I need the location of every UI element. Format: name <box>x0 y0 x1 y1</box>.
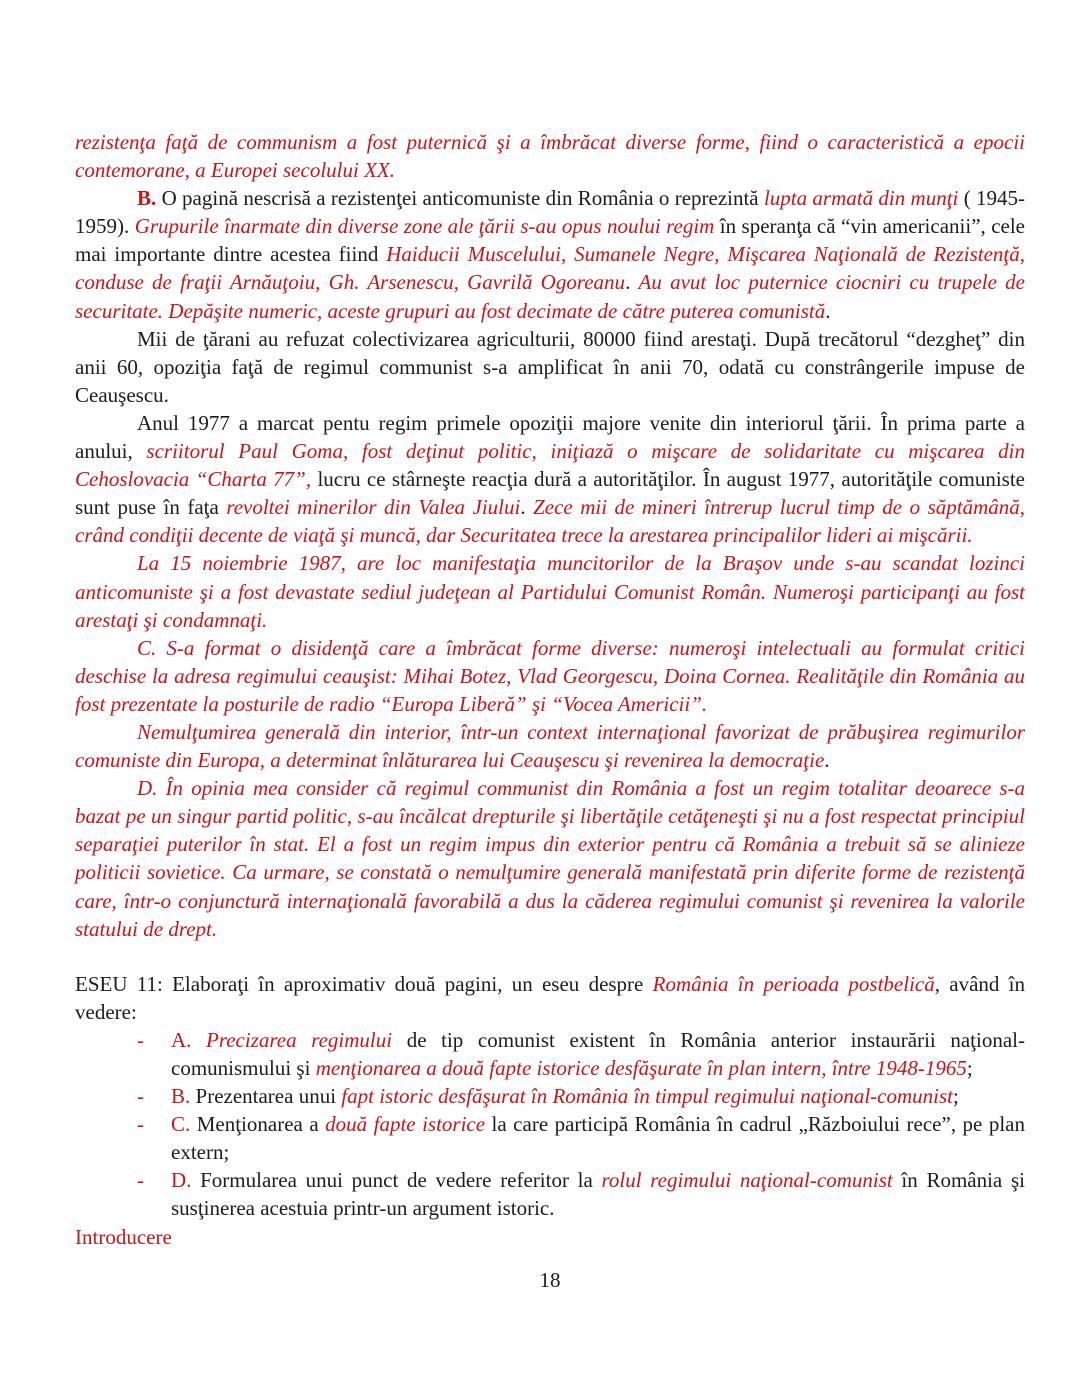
text-run: menţionarea a două fapte istorice desfăş… <box>316 1056 967 1080</box>
text-run: La 15 noiembrie 1987, are loc manifestaţ… <box>75 551 1025 631</box>
text-run: D. În opinia mea consider că regimul com… <box>75 776 1025 940</box>
paragraph-d-opinion: D. În opinia mea consider că regimul com… <box>75 774 1025 943</box>
essay-item-d-text: D. Formularea unui punct de vedere refer… <box>171 1166 1025 1222</box>
introducere-label: Introducere <box>75 1223 1025 1251</box>
text-run: C. <box>171 1112 190 1136</box>
text-run: rolul regimului naţional-comunist <box>602 1168 893 1192</box>
text-run: B. <box>171 1084 190 1108</box>
paragraph-c-dissidence: C. S-a format o disidenţă care a îmbrăca… <box>75 634 1025 718</box>
text-run: . <box>520 495 533 519</box>
text-run: C. S-a format o disidenţă care a îmbrăca… <box>75 636 1025 716</box>
paragraph-general-discontent: Nemulţumirea generală din interior, într… <box>75 718 1025 774</box>
essay-item-c: - C. Menţionarea a două fapte istorice l… <box>75 1110 1025 1166</box>
essay-item-a-text: A. Precizarea regimului de tip comunist … <box>171 1026 1025 1082</box>
essay-requirements-list: - A. Precizarea regimului de tip comunis… <box>75 1026 1025 1223</box>
essay-item-d: - D. Formularea unui punct de vedere ref… <box>75 1166 1025 1222</box>
text-run: . <box>825 299 830 323</box>
text-run: B. <box>137 186 156 210</box>
text-run: A. <box>171 1028 206 1052</box>
text-run: Formularea unui punct de vedere referito… <box>191 1168 601 1192</box>
list-bullet-dash: - <box>137 1110 171 1138</box>
text-run: ; <box>967 1056 973 1080</box>
text-run: Mii de ţărani au refuzat colectivizarea … <box>75 327 1025 407</box>
text-run: lupta armată din munţi <box>764 186 958 210</box>
text-run: ; <box>953 1084 959 1108</box>
text-run: fapt istoric desfăşurat în România în ti… <box>341 1084 953 1108</box>
paragraph-1977-opposition: Anul 1977 a marcat pentu regim primele o… <box>75 409 1025 549</box>
paragraph-collectivization: Mii de ţărani au refuzat colectivizarea … <box>75 325 1025 409</box>
paragraph-b-armed-resistance: B. O pagină nescrisă a rezistenţei antic… <box>75 184 1025 324</box>
paragraph-brasov-1987: La 15 noiembrie 1987, are loc manifestaţ… <box>75 549 1025 633</box>
text-run: . <box>625 270 638 294</box>
text-run: Menţionarea a <box>190 1112 325 1136</box>
text-run: rezistenţa faţă de communism a fost pute… <box>75 130 1025 182</box>
text-run: . <box>824 748 829 772</box>
text-run: revoltei minerilor din Valea Jiului <box>226 495 520 519</box>
list-bullet-dash: - <box>137 1166 171 1194</box>
text-run: Nemulţumirea generală din interior, într… <box>75 720 1025 772</box>
paragraph-continuation: rezistenţa faţă de communism a fost pute… <box>75 128 1025 184</box>
essay-heading: ESEU 11: Elaboraţi în aproximativ două p… <box>75 970 1025 1026</box>
essay-item-a: - A. Precizarea regimului de tip comunis… <box>75 1026 1025 1082</box>
text-run: O pagină nescrisă a rezistenţei anticomu… <box>156 186 764 210</box>
text-run: Precizarea regimului <box>206 1028 392 1052</box>
essay-item-c-text: C. Menţionarea a două fapte istorice la … <box>171 1110 1025 1166</box>
list-bullet-dash: - <box>137 1082 171 1110</box>
text-run: două fapte istorice <box>325 1112 485 1136</box>
essay-item-b: - B. Prezentarea unui fapt istoric desfă… <box>75 1082 1025 1110</box>
essay-item-b-text: B. Prezentarea unui fapt istoric desfăşu… <box>171 1082 1025 1110</box>
text-run: Prezentarea unui <box>190 1084 341 1108</box>
text-block: rezistenţa faţă de communism a fost pute… <box>75 128 1025 1294</box>
page-number: 18 <box>75 1266 1025 1294</box>
text-run: ESEU 11: Elaboraţi în aproximativ două p… <box>75 972 653 996</box>
text-run: Grupurile înarmate din diverse zone ale … <box>135 214 715 238</box>
document-page: rezistenţa faţă de communism a fost pute… <box>0 0 1080 1397</box>
text-run: D. <box>171 1168 191 1192</box>
list-bullet-dash: - <box>137 1026 171 1054</box>
text-run: România în perioada postbelică <box>653 972 935 996</box>
